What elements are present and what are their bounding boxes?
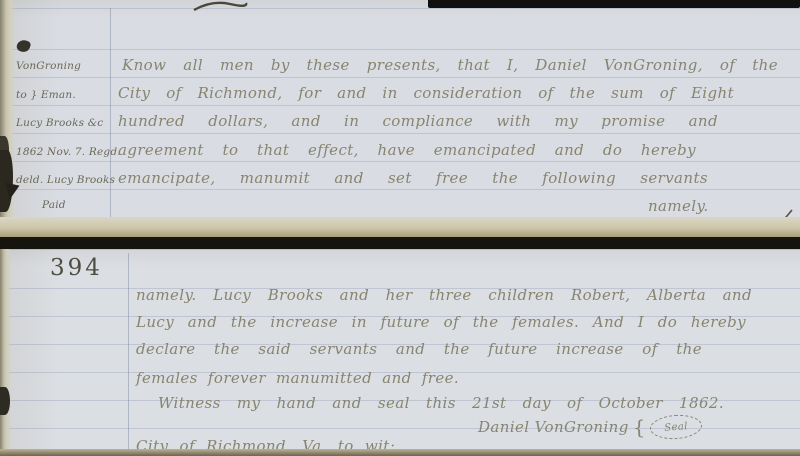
manuscript-line: City of Richmond, for and in considerati… [118,86,734,101]
margin-rule-top [110,8,111,218]
page-bottom-edge-strip [0,449,800,456]
binding-edge-bottom [0,249,11,456]
margin-rule-bottom [128,253,129,453]
signature: Daniel VonGroning [478,418,629,436]
manuscript-line: agreement to that effect, have emancipat… [118,143,696,158]
manuscript-line: namely. Lucy Brooks and her three childr… [136,288,752,303]
page-number: 394 [50,255,103,281]
top-page-section: VonGroning to } Eman. Lucy Brooks &c 186… [0,0,800,237]
margin-note: VonGroning [16,60,108,72]
manuscript-line: Witness my hand and seal this 21st day o… [158,396,724,411]
margin-note: 1862 Nov. 7. Regd. [16,146,108,158]
manuscript-line: Know all men by these presents, that I, … [122,58,778,73]
signature-row: Daniel VonGroning { Seal [478,415,702,439]
manuscript-line: hundred dollars, and in compliance with … [118,114,718,129]
page-bottom-edge [0,217,800,237]
ink-blot-bottom [0,387,10,415]
scan-divider-band [0,237,800,249]
seal-stamp: Seal [649,413,703,441]
manuscript-line: females forever manumitted and free. [136,369,459,387]
margin-note: deld. Lucy Brooks [16,174,108,186]
seal-label: Seal [664,421,688,434]
scanned-deed-book-image: VonGroning to } Eman. Lucy Brooks &c 186… [0,0,800,456]
manuscript-line: Lucy and the increase in future of the f… [136,315,746,330]
margin-note: to } Eman. [16,89,108,101]
scan-black-bar [428,0,800,8]
margin-note: Lucy Brooks &c [16,117,108,129]
pen-flourish-top [192,0,248,14]
margin-note: Paid [42,199,134,211]
manuscript-line: declare the said servants and the future… [136,342,702,357]
seal-brace: { [633,415,646,439]
manuscript-line: namely. [648,197,709,215]
bottom-page-section: 394 namely. Lucy Brooks and her three ch… [0,249,800,456]
manuscript-line: emancipate, manumit and set free the fol… [118,171,708,186]
